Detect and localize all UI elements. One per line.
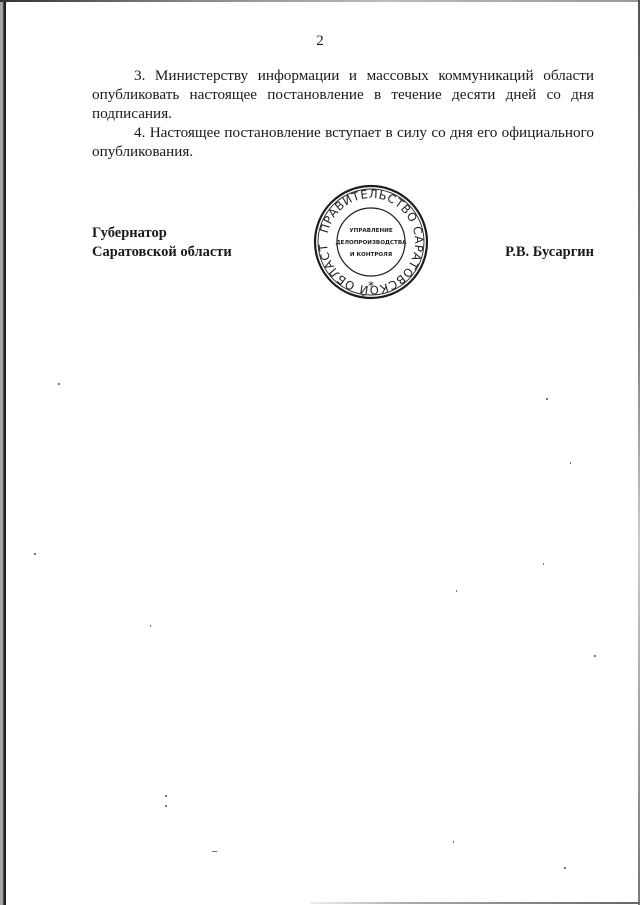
signatory-name: Р.В. Бусаргин	[505, 243, 594, 262]
scan-speck	[453, 841, 454, 843]
signatory-position: Губернатор Саратовской области	[92, 224, 232, 262]
scan-edge-left	[0, 0, 6, 905]
scan-speck	[58, 383, 60, 385]
signatory-position-line2: Саратовской области	[92, 243, 232, 262]
paragraph-4: 4. Настоящее постановление вступает в си…	[92, 123, 594, 161]
page-number: 2	[0, 33, 640, 50]
official-stamp: ПРАВИТЕЛЬСТВО САРАТОВСКОЙ ОБЛАСТИ * УПРА…	[312, 183, 430, 301]
scan-edge-top	[0, 0, 640, 2]
scan-speck	[546, 398, 548, 400]
paragraph-3: 3. Министерству информации и массовых ко…	[92, 66, 594, 123]
scan-speck	[150, 625, 151, 627]
document-body: 3. Министерству информации и массовых ко…	[92, 66, 594, 161]
stamp-inner-line2: ДЕЛОПРОИЗВОДСТВА	[336, 240, 408, 246]
scan-speck	[456, 590, 457, 592]
scan-speck	[564, 867, 566, 869]
scan-speck	[165, 805, 167, 807]
scan-speck	[543, 563, 544, 565]
signatory-position-line1: Губернатор	[92, 224, 232, 243]
scan-speck	[165, 795, 167, 797]
scan-speck	[570, 462, 571, 464]
scan-speck	[212, 851, 217, 852]
stamp-inner-line3: И КОНТРОЛЯ	[350, 252, 392, 258]
scan-speck	[34, 553, 36, 555]
scan-edge-bottom	[310, 902, 640, 904]
scan-speck	[594, 655, 596, 657]
stamp-inner-line1: УПРАВЛЕНИЕ	[349, 228, 393, 234]
stamp-star-icon: *	[368, 279, 374, 293]
